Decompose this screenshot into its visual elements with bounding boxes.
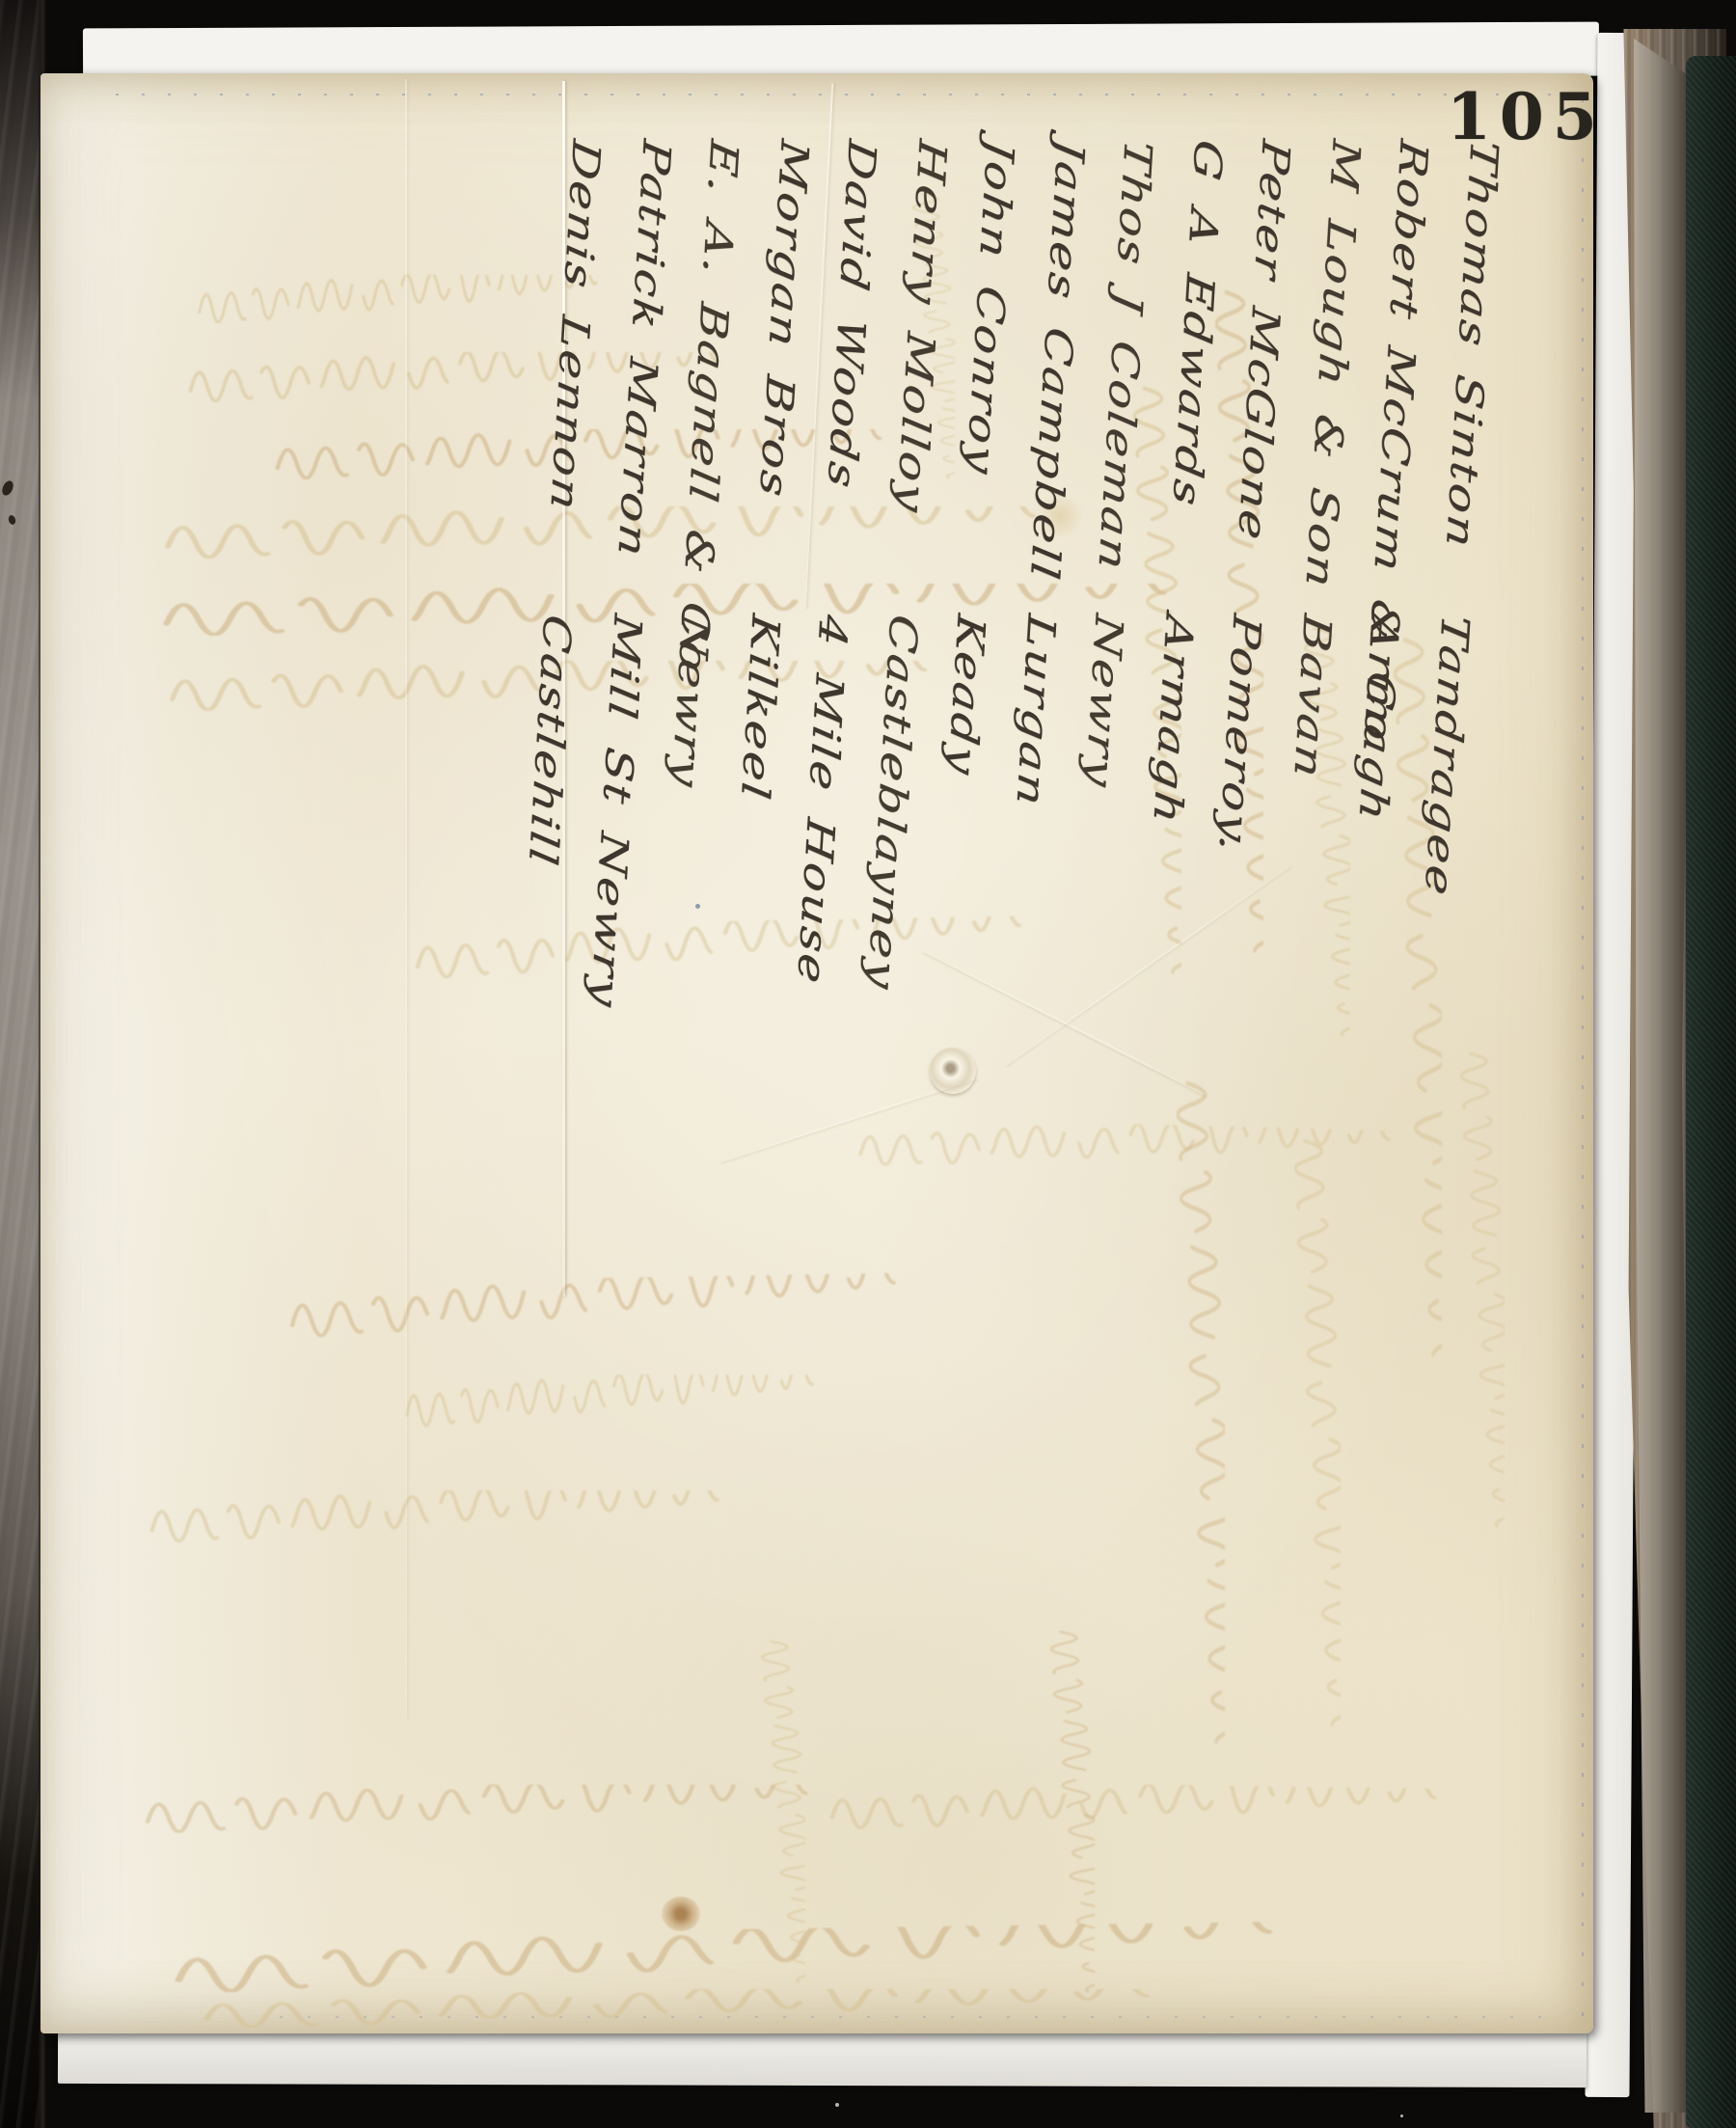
left-facing-page-edge xyxy=(0,0,41,2128)
entry-place: Newry xyxy=(665,612,716,792)
entry-place: Newry xyxy=(1078,612,1129,792)
entry-place: Kilkeel xyxy=(734,612,785,804)
dust-speck xyxy=(1400,2114,1403,2117)
entry-place: Keady xyxy=(941,612,991,779)
dust-speck xyxy=(835,2103,839,2107)
book-cover-edge xyxy=(1686,56,1736,2128)
cover-weave-texture xyxy=(1686,56,1736,2128)
entry-place: Bavan xyxy=(1287,612,1337,782)
paper-dimple xyxy=(930,1048,976,1094)
scan-background: { "page": { "number": "105" }, "entries"… xyxy=(0,0,1736,2128)
underlying-page-edge-bottom xyxy=(58,2028,1587,2087)
paper-crumple-texture xyxy=(0,0,41,2128)
ledger-entries: Thomas SintonTandragee Robert McCrum & C… xyxy=(485,137,1505,1017)
